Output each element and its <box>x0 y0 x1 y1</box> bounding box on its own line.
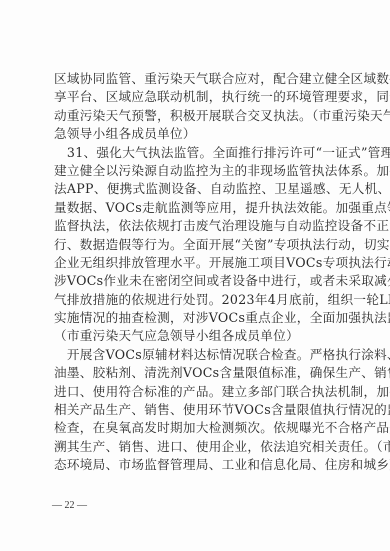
text-line: 检查，在臭氧高发时期加大检测频次。依规曝光不合格产品并追 <box>54 419 338 437</box>
text-line: 动重污染天气预警，积极开展联合交叉执法。（市重污染天气应 <box>54 107 338 125</box>
page-number: — 22 — <box>52 500 87 511</box>
text-line: 油墨、胶粘剂、清洗剂VOCs含量限值标准，确保生产、销售、 <box>54 364 338 382</box>
text-line: 涉VOCs作业未在密闭空间或者设备中进行，或者未采取减少废 <box>54 272 338 290</box>
text-line: 监督执法，依法依规打击废气治理设施与自动监控设备不正常运 <box>54 217 338 235</box>
text-line: 享平台、区域应急联动机制，执行统一的环境管理要求，同步启 <box>54 88 338 106</box>
text-line: 区域协同监管、重污染天气联合应对，配合建立健全区域数据共 <box>54 70 338 88</box>
text-line: 行、数据造假等行为。全面开展“关窗”专项执法行动，切实提升 <box>54 236 338 254</box>
text-line: 企业无组织排放管理水平。开展施工项目VOCs专项执法行动， <box>54 254 338 272</box>
paragraph-start-line: 开展含VOCs原辅材料达标情况联合检查。严格执行涂料、 <box>54 346 338 364</box>
text-line: 建立健全以污染源自动监控为主的非现场监管执法体系。加强执 <box>54 162 338 180</box>
text-line: 急领导小组各成员单位） <box>54 125 338 143</box>
text-line: 态环境局、市场监督管理局、工业和信息化局、住房和城乡建设 <box>54 456 338 474</box>
document-page: 区域协同监管、重污染天气联合应对，配合建立健全区域数据共 享平台、区域应急联动机… <box>0 0 390 551</box>
text-line: 溯其生产、销售、进口、使用企业，依法追究相关责任。（市生 <box>54 438 338 456</box>
body-text: 区域协同监管、重污染天气联合应对，配合建立健全区域数据共 享平台、区域应急联动机… <box>54 70 338 475</box>
text-line: 进口、使用符合标准的产品。建立多部门联合执法机制，加强对 <box>54 383 338 401</box>
text-line: 法APP、便携式监测设备、自动监控、卫星遥感、无人机、用电 <box>54 180 338 198</box>
text-line: 实施情况的抽查检测，对涉VOCs重点企业，全面加强执法监管。 <box>54 309 338 327</box>
section-heading-line: 31、强化大气执法监管。全面推行排污许可“一证式”管理， <box>54 144 338 162</box>
text-line: 气排放措施的依规进行处罚。2023年4月底前，组织一轮LDAR <box>54 291 338 309</box>
responsible-units-line: （市重污染天气应急领导小组各成员单位） <box>54 327 338 345</box>
text-line: 量数据、VOCs走航监测等应用，提升执法效能。加强重点领域 <box>54 199 338 217</box>
text-line: 相关产品生产、销售、使用环节VOCs含量限值执行情况的监督 <box>54 401 338 419</box>
